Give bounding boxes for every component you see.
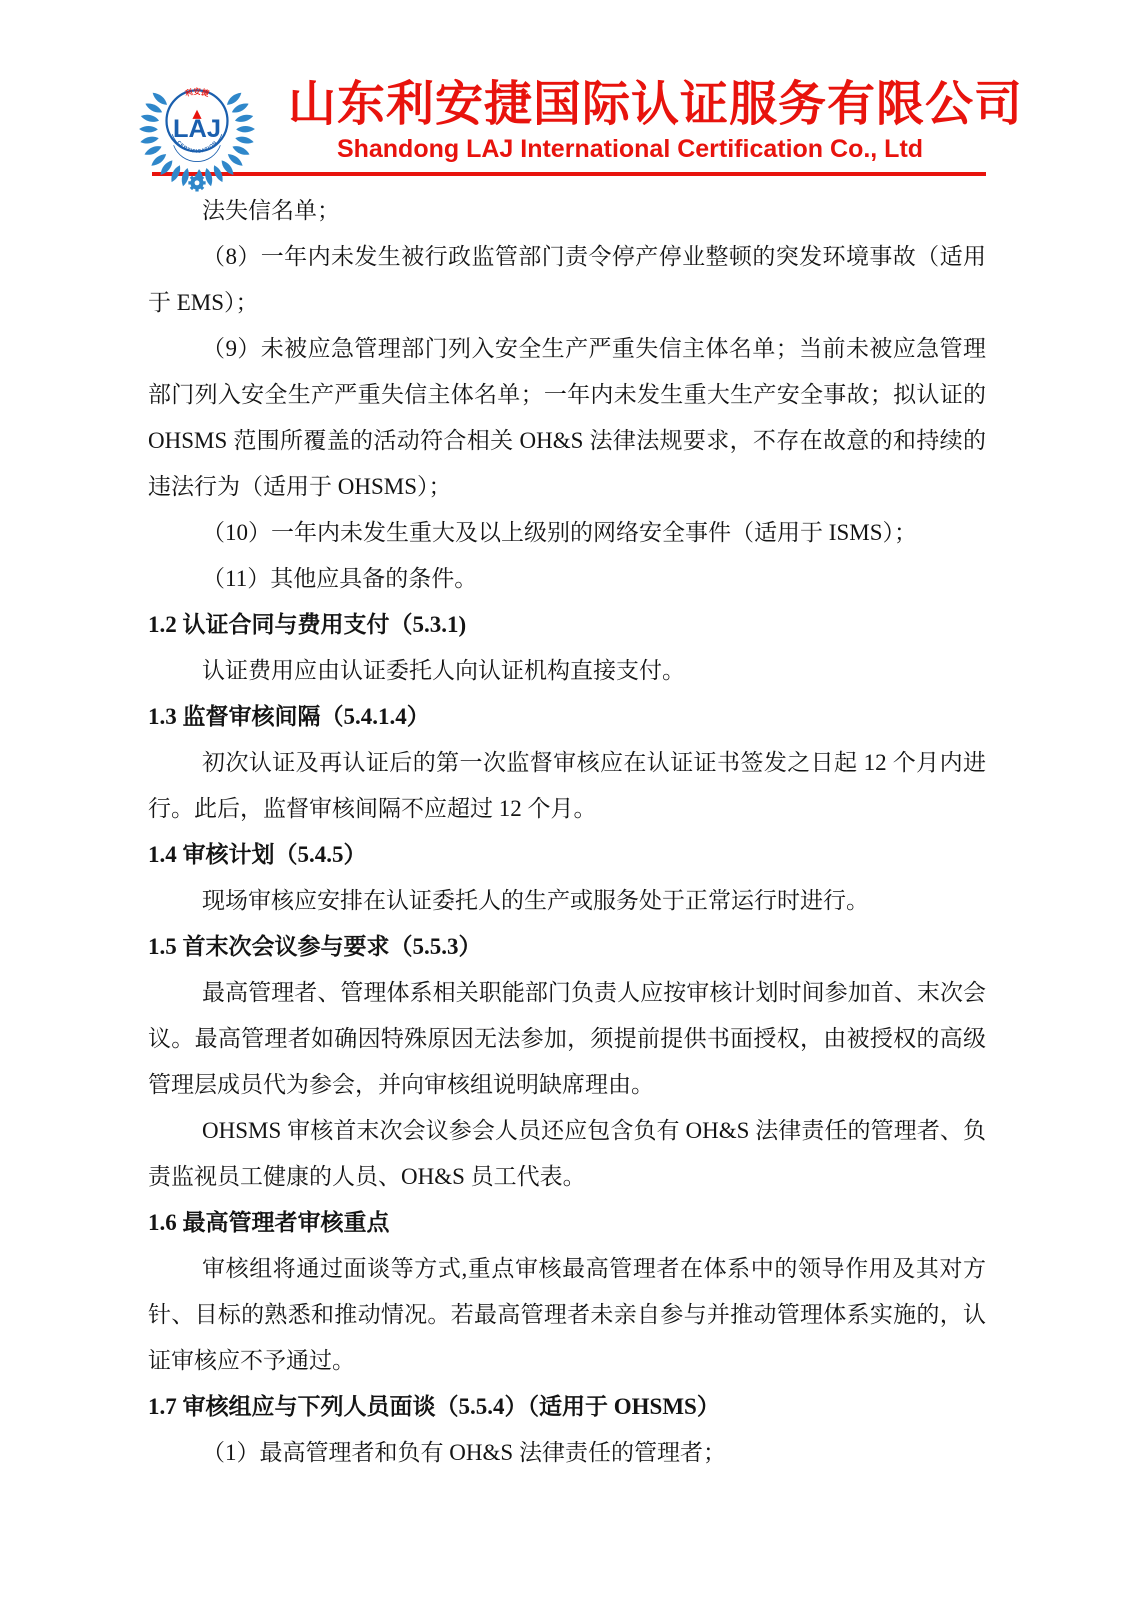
paragraph: 现场审核应安排在认证委托人的生产或服务处于正常运行时进行。	[148, 878, 986, 924]
logo-letters: LAJ	[173, 115, 221, 143]
paragraph: 认证费用应由认证委托人向认证机构直接支付。	[148, 648, 986, 694]
paragraph: （10）一年内未发生重大及以上级别的网络安全事件（适用于 ISMS）；	[148, 510, 986, 556]
paragraph: （11）其他应具备的条件。	[148, 556, 986, 602]
paragraph: 法失信名单；	[148, 188, 986, 234]
section-heading: 1.6 最高管理者审核重点	[148, 1200, 986, 1246]
company-name-en: Shandong LAJ International Certification…	[288, 134, 972, 164]
section-heading: 1.5 首末次会议参与要求（5.5.3）	[148, 924, 986, 970]
paragraph: （8）一年内未发生被行政监管部门责令停产停业整顿的突发环境事故（适用于 EMS）…	[148, 234, 986, 326]
section-heading: 1.7 审核组应与下列人员面谈（5.5.4）（适用于 OHSMS）	[148, 1384, 986, 1430]
document-page: 利安捷 LAJ CERTIFICATION 山东利安捷国际认证服务有限公司 Sh…	[0, 0, 1131, 1600]
paragraph: 初次认证及再认证后的第一次监督审核应在认证证书签发之日起 12 个月内进行。此后…	[148, 740, 986, 832]
paragraph: 审核组将通过面谈等方式,重点审核最高管理者在体系中的领导作用及其对方针、目标的熟…	[148, 1246, 986, 1384]
section-heading: 1.4 审核计划（5.4.5）	[148, 832, 986, 878]
section-heading: 1.3 监督审核间隔（5.4.1.4）	[148, 694, 986, 740]
paragraph: OHSMS 审核首末次会议参会人员还应包含负有 OH&S 法律责任的管理者、负责…	[148, 1108, 986, 1200]
document-body: 法失信名单；（8）一年内未发生被行政监管部门责令停产停业整顿的突发环境事故（适用…	[148, 188, 986, 1476]
section-heading: 1.2 认证合同与费用支付（5.3.1)	[148, 602, 986, 648]
paragraph: 最高管理者、管理体系相关职能部门负责人应按审核计划时间参加首、末次会议。最高管理…	[148, 970, 986, 1108]
header-divider	[152, 172, 986, 176]
paragraph: （1）最高管理者和负有 OH&S 法律责任的管理者；	[148, 1430, 986, 1476]
company-logo: 利安捷 LAJ CERTIFICATION	[134, 64, 260, 192]
gear-icon	[188, 174, 205, 191]
header-title-block: 山东利安捷国际认证服务有限公司 Shandong LAJ Internation…	[288, 76, 972, 164]
page-header: 利安捷 LAJ CERTIFICATION 山东利安捷国际认证服务有限公司 Sh…	[0, 0, 1131, 190]
company-name-cn: 山东利安捷国际认证服务有限公司	[288, 76, 972, 134]
paragraph: （9）未被应急管理部门列入安全生产严重失信主体名单；当前未被应急管理部门列入安全…	[148, 326, 986, 510]
